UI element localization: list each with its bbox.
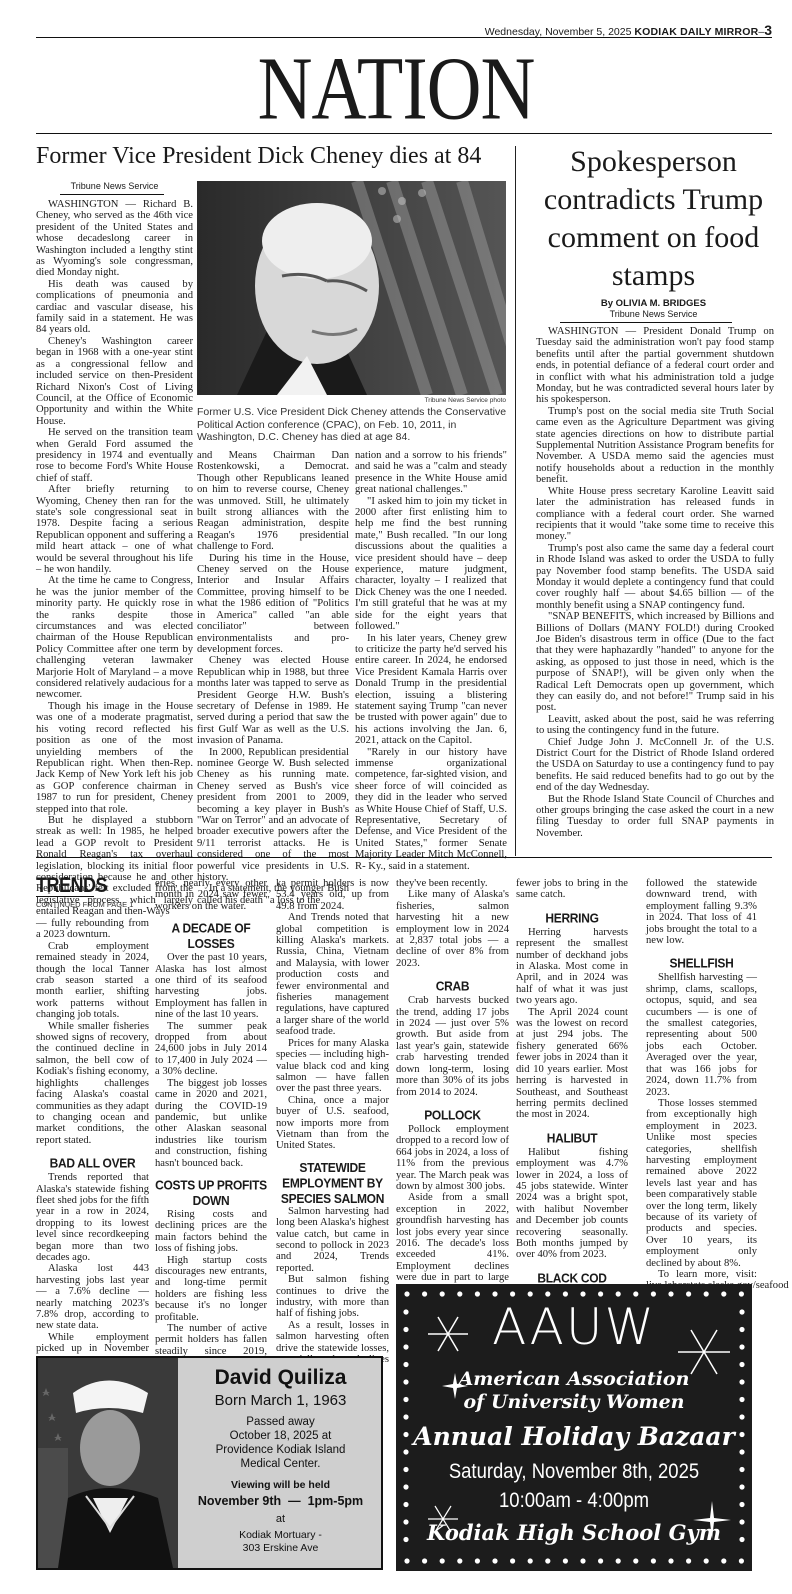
passed-line: Providence Kodiak Island bbox=[180, 1443, 381, 1457]
paragraph: Rising costs and declining prices are th… bbox=[155, 1209, 267, 1255]
section-rule bbox=[36, 133, 772, 134]
snap-headline: Spokesperson contradicts Trump comment o… bbox=[525, 143, 782, 295]
paragraph: But the Rhode Island State Council of Ch… bbox=[536, 794, 774, 840]
org-name-line-1: American Association bbox=[396, 1368, 752, 1390]
passing-details: Passed away October 18, 2025 at Providen… bbox=[180, 1415, 381, 1471]
org-name-line-2: of University Women bbox=[396, 1391, 752, 1413]
paragraph: Herring harvests represent the smallest … bbox=[516, 927, 628, 1007]
photo-credit: Tribune News Service photo bbox=[197, 397, 506, 404]
portrait-photo-icon bbox=[38, 1358, 178, 1568]
portrait-photo-icon bbox=[197, 181, 506, 395]
paragraph: And Trends noted that global competition… bbox=[276, 912, 389, 1037]
subheading: STATEWIDE EMPLOYMENT BY SPECIES SALMON bbox=[276, 1160, 389, 1206]
subheading: HALIBUT bbox=[516, 1130, 628, 1145]
cheney-column-1: WASHINGTON — Richard B. Cheney, who serv… bbox=[36, 199, 193, 918]
paragraph: WASHINGTON — President Donald Trump on T… bbox=[536, 326, 774, 406]
paragraph: nation and a sorrow to his friends" and … bbox=[355, 450, 507, 496]
paragraph: The biggest job losses came in 2020 and … bbox=[155, 1078, 267, 1169]
subheading: SHELLFISH bbox=[646, 956, 757, 971]
paragraph: But salmon fishing continues to drive th… bbox=[276, 1274, 389, 1320]
trends-headline: TRENDS bbox=[36, 873, 107, 898]
paragraph: "I asked him to join my ticket in 2000 a… bbox=[355, 496, 507, 633]
paragraph: The April 2024 count was the lowest on r… bbox=[516, 1007, 628, 1121]
trends-rule bbox=[36, 896, 94, 897]
section-divider-rule bbox=[36, 857, 772, 858]
paragraph: Shellfish harvesting — shrimp, clams, sc… bbox=[646, 972, 757, 1097]
continued-label: CONTINUED FROM PAGE 1 bbox=[36, 900, 133, 909]
paragraph: Chief Judge John J. McConnell Jr. of the… bbox=[536, 737, 774, 794]
paragraph: and Means Chairman Dan Rostenkowski, a D… bbox=[197, 450, 349, 553]
aauw-logo: AAUW bbox=[396, 1298, 752, 1356]
trends-column-3: ka permit holders is now 53.4 years old,… bbox=[276, 878, 389, 1377]
paragraph: Those losses stemmed from exceptionally … bbox=[646, 1098, 757, 1269]
cheney-headline: Former Vice President Dick Cheney dies a… bbox=[36, 143, 481, 170]
cheney-column-3: nation and a sorrow to his friends" and … bbox=[355, 450, 507, 872]
trends-column-6: followed the statewide downward trend, w… bbox=[646, 878, 757, 1292]
location-line: 303 Erskine Ave bbox=[180, 1542, 381, 1555]
birth-date: Born March 1, 1963 bbox=[180, 1392, 381, 1409]
paragraph: White House press secretary Karoline Lea… bbox=[536, 486, 774, 543]
subheading: POLLOCK bbox=[396, 1107, 509, 1122]
paragraph: Pollock employment dropped to a record l… bbox=[396, 1124, 509, 1192]
viewing-time: November 9th — 1pm-5pm bbox=[180, 1494, 381, 1508]
paragraph: WASHINGTON — Richard B. Cheney, who serv… bbox=[36, 199, 193, 279]
paragraph: Trump's post also came the same day a fe… bbox=[536, 543, 774, 611]
subheading: HERRING bbox=[516, 910, 628, 925]
page-folio: Wednesday, November 5, 2025 KODIAK DAILY… bbox=[470, 22, 772, 38]
snap-byline: By OLIVIA M. BRIDGES bbox=[525, 298, 782, 309]
paragraph: Salmon harvesting had long been Alaska's… bbox=[276, 1206, 389, 1274]
paragraph: "SNAP BENEFITS, which increased by Billi… bbox=[536, 611, 774, 714]
paragraph: While smaller fisheries showed signs of … bbox=[36, 1021, 149, 1146]
obituary-text: David Quiliza Born March 1, 1963 Passed … bbox=[180, 1358, 381, 1555]
passed-line: Medical Center. bbox=[180, 1457, 381, 1471]
paragraph: In 2000, Republican presidential nominee… bbox=[197, 747, 349, 884]
snap-credit: Tribune News Service bbox=[525, 309, 782, 319]
event-date: Saturday, November 8th, 2025 bbox=[417, 1460, 730, 1484]
paragraph: During his time in the House, Cheney ser… bbox=[197, 553, 349, 656]
paragraph: After briefly returning to Wyoming, Chen… bbox=[36, 484, 193, 575]
photo-caption: Former U.S. Vice President Dick Cheney a… bbox=[197, 406, 509, 444]
paragraph: Prices for many Alaska species — includi… bbox=[276, 1038, 389, 1095]
obituary-ad: David Quiliza Born March 1, 1963 Passed … bbox=[36, 1356, 383, 1570]
location-line: Kodiak Mortuary - bbox=[180, 1529, 381, 1542]
paragraph: At the time he came to Congress, he was … bbox=[36, 575, 193, 700]
event-venue: Kodiak High School Gym bbox=[396, 1520, 752, 1545]
cheney-photo bbox=[197, 181, 506, 395]
trends-column-5: fewer jobs to bring in the same catch.HE… bbox=[516, 878, 628, 1298]
subheading: BAD ALL OVER bbox=[36, 1155, 149, 1170]
subheading: COSTS UP PROFITS DOWN bbox=[155, 1178, 267, 1209]
paragraph: In his later years, Cheney grew to criti… bbox=[355, 633, 507, 747]
paragraph: "Rarely in our history have immense orga… bbox=[355, 747, 507, 872]
subheading: A DECADE OF LOSSES bbox=[155, 921, 267, 952]
deceased-name: David Quiliza bbox=[180, 1366, 381, 1390]
paragraph: The summer peak dropped from about 24,60… bbox=[155, 1021, 267, 1078]
paragraph: Trends reported that Alaska's statewide … bbox=[36, 1172, 149, 1263]
aauw-bazaar-ad: AAUW American Association of University … bbox=[396, 1284, 752, 1571]
mortuary-location: Kodiak Mortuary - 303 Erskine Ave bbox=[180, 1529, 381, 1555]
paragraph: Cheney was elected House Republican whip… bbox=[197, 655, 349, 746]
credit-rule bbox=[560, 322, 732, 323]
paragraph: Like many of Alaska's fisheries, salmon … bbox=[396, 889, 509, 969]
page-number: 3 bbox=[764, 22, 772, 38]
cheney-credit: Tribune News Service bbox=[36, 181, 193, 191]
cheney-column-2: and Means Chairman Dan Rostenkowski, a D… bbox=[197, 450, 349, 906]
paragraph: they've been recently. bbox=[396, 878, 509, 889]
paragraph: followed the statewide downward trend, w… bbox=[646, 878, 757, 946]
trends-column-4: they've been recently.Like many of Alask… bbox=[396, 878, 509, 1306]
trends-column-1: — fully rebounding from a 2023 downturn.… bbox=[36, 918, 149, 1377]
paragraph: Cheney's Washington career began in 1968… bbox=[36, 336, 193, 427]
paragraph: eries, nearly every other month in 2024 … bbox=[155, 878, 267, 912]
column-divider bbox=[515, 146, 516, 856]
paragraph: Leavitt, asked about the post, said he w… bbox=[536, 714, 774, 737]
credit-rule bbox=[60, 194, 164, 195]
paragraph: ka permit holders is now 53.4 years old,… bbox=[276, 878, 389, 912]
at-label: at bbox=[180, 1513, 381, 1525]
viewing-label: Viewing will be held bbox=[180, 1479, 381, 1491]
trends-column-2: eries, nearly every other month in 2024 … bbox=[155, 878, 267, 1403]
paragraph: Halibut fishing employment was 4.7% lowe… bbox=[516, 1147, 628, 1261]
header-rule bbox=[36, 37, 772, 38]
paragraph: He served on the transition team when Ge… bbox=[36, 427, 193, 484]
paragraph: Trump's post on the social media site Tr… bbox=[536, 406, 774, 486]
sailor-portrait-photo bbox=[38, 1358, 178, 1568]
paragraph: Crab employment remained steady in 2024,… bbox=[36, 941, 149, 1021]
paragraph: High startup costs discourages new entra… bbox=[155, 1255, 267, 1323]
paragraph: China, once a major buyer of U.S. seafoo… bbox=[276, 1095, 389, 1152]
paragraph: Though his image in the House was one of… bbox=[36, 701, 193, 815]
paragraph: — fully rebounding from a 2023 downturn. bbox=[36, 918, 149, 941]
paragraph: fewer jobs to bring in the same catch. bbox=[516, 878, 628, 901]
paragraph: Alaska lost 443 harvesting jobs last yea… bbox=[36, 1263, 149, 1331]
passed-line: Passed away bbox=[180, 1415, 381, 1429]
snap-body: WASHINGTON — President Donald Trump on T… bbox=[536, 326, 774, 839]
paragraph: His death was caused by complications of… bbox=[36, 279, 193, 336]
event-title: Annual Holiday Bazaar bbox=[396, 1422, 752, 1451]
section-title: NATION bbox=[0, 44, 792, 134]
paragraph: Over the past 10 years, Alaska has lost … bbox=[155, 952, 267, 1020]
subheading: CRAB bbox=[396, 979, 509, 994]
passed-line: October 18, 2025 at bbox=[180, 1429, 381, 1443]
paragraph: Crab harvests bucked the trend, adding 1… bbox=[396, 995, 509, 1098]
event-time: 10:00am - 4:00pm bbox=[417, 1489, 730, 1513]
